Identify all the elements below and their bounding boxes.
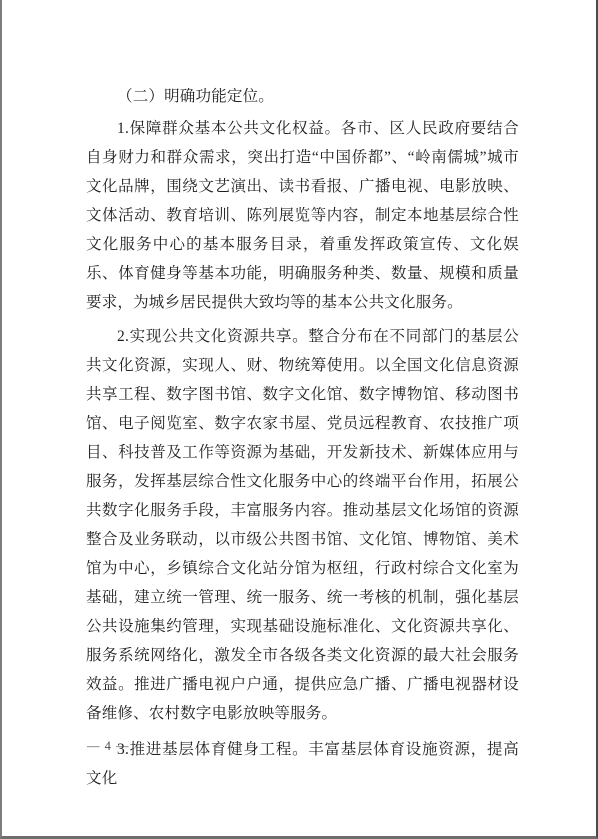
document-page: （二）明确功能定位。 1.保障群众基本公共文化权益。各市、区人民政府要结合自身财… — [0, 0, 598, 839]
document-content: （二）明确功能定位。 1.保障群众基本公共文化权益。各市、区人民政府要结合自身财… — [86, 82, 519, 793]
page-number: — 4 — — [87, 737, 130, 755]
paragraph-1: 1.保障群众基本公共文化权益。各市、区人民政府要结合自身财力和群众需求，突出打造… — [86, 114, 519, 317]
paragraph-3: 3.推进基层体育健身工程。丰富基层体育设施资源，提高文化 — [86, 735, 519, 793]
paragraph-2: 2.实现公共文化资源共享。整合分布在不同部门的基层公共文化资源，实现人、财、物统… — [86, 322, 519, 728]
section-heading: （二）明确功能定位。 — [86, 82, 519, 111]
